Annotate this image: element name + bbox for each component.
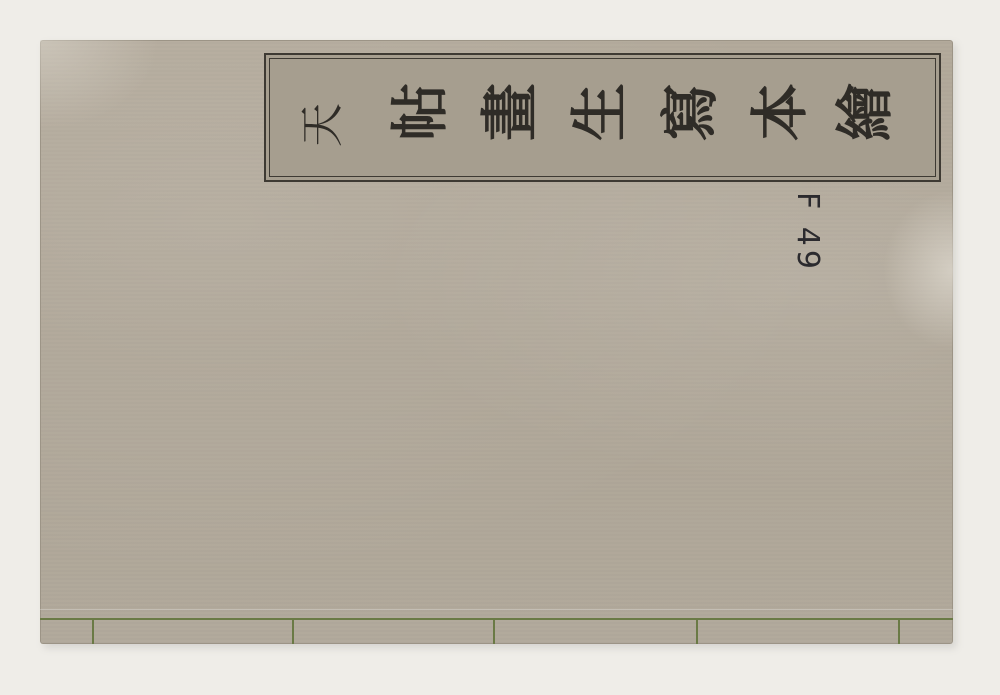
title-char-1: 繪 <box>836 83 894 141</box>
stitch <box>92 618 94 644</box>
title-char-6: 帖 <box>391 83 449 141</box>
binding-thread <box>40 618 953 620</box>
volume-mark: 天 <box>286 103 350 147</box>
stitch <box>696 618 698 644</box>
stitch <box>898 618 900 644</box>
worn-corner <box>40 40 160 130</box>
title-char-3: 寫 <box>661 83 719 141</box>
stitch <box>292 618 294 644</box>
title-slip: 繪 本 寫 生 畫 帖 天 <box>264 53 941 182</box>
title-char-2: 本 <box>751 83 809 141</box>
book-cover: 繪 本 寫 生 畫 帖 天 F 49 <box>40 40 953 644</box>
stab-binding <box>40 609 953 644</box>
stitch <box>493 618 495 644</box>
catalog-inscription: F 49 <box>790 192 825 273</box>
title-text: 繪 本 寫 生 畫 帖 天 <box>266 55 939 180</box>
worn-patch <box>883 190 953 350</box>
title-char-4: 生 <box>571 83 629 141</box>
title-char-5: 畫 <box>481 83 539 141</box>
